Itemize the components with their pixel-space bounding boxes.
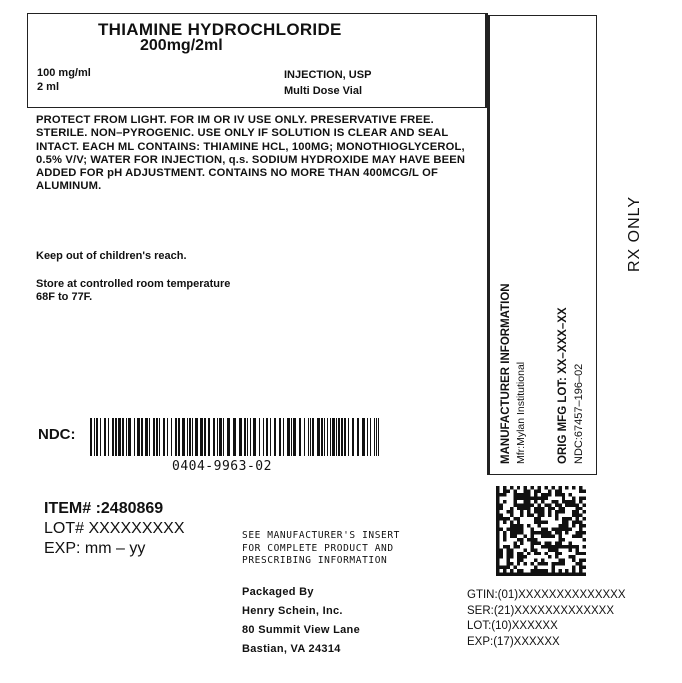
gtin: GTIN:(01)XXXXXXXXXXXXXX — [467, 588, 626, 604]
item-number: ITEM# :2480869 — [44, 500, 163, 518]
serial-number: SER:(21)XXXXXXXXXXXXX — [467, 604, 626, 620]
warnings-text: PROTECT FROM LIGHT. FOR IM OR IV USE ONL… — [36, 114, 476, 194]
dosage-form: INJECTION, USP — [284, 69, 371, 81]
product-header-box: THIAMINE HYDROCHLORIDE 200mg/2ml 100 mg/… — [27, 13, 488, 108]
manufacturer-panel: MANUFACTURER INFORMATION Mfr:Mylan Insti… — [487, 15, 597, 475]
packager-address-line2: Bastian, VA 24314 — [242, 640, 360, 659]
gs1-lot: LOT:(10)XXXXXX — [467, 619, 626, 635]
datamatrix-code — [496, 486, 586, 576]
storage-instructions: Store at controlled room temperature 68F… — [36, 278, 236, 304]
insert-note-line: SEE MANUFACTURER'S INSERT — [242, 530, 400, 543]
insert-note: SEE MANUFACTURER'S INSERT FOR COMPLETE P… — [242, 530, 400, 568]
packager-heading: Packaged By — [242, 583, 360, 602]
ndc-label: NDC: — [38, 426, 76, 443]
keep-out-of-reach: Keep out of children's reach. — [36, 250, 187, 262]
insert-note-line: PRESCRIBING INFORMATION — [242, 555, 400, 568]
packager-info: Packaged By Henry Schein, Inc. 80 Summit… — [242, 583, 360, 659]
manufacturer-name: Mfr:Mylan Institutional — [515, 362, 527, 464]
gs1-exp: EXP:(17)XXXXXX — [467, 635, 626, 651]
manufacturer-ndc: NDC:67457–196–02 — [573, 364, 585, 464]
original-lot: ORIG MFG LOT: XX–XXX–XX — [557, 307, 569, 464]
rx-only: RX ONLY — [626, 196, 644, 272]
packager-address-line1: 80 Summit View Lane — [242, 621, 360, 640]
packager-name: Henry Schein, Inc. — [242, 602, 360, 621]
expiration: EXP: mm – yy — [44, 540, 145, 558]
container-type: Multi Dose Vial — [284, 85, 362, 97]
lot-number: LOT# XXXXXXXXX — [44, 520, 185, 538]
manufacturer-title: MANUFACTURER INFORMATION — [500, 283, 512, 464]
concentration: 100 mg/ml — [37, 67, 91, 79]
barcode-number: 0404-9963-02 — [172, 459, 272, 474]
volume: 2 ml — [37, 81, 59, 93]
drug-strength: 200mg/2ml — [140, 37, 223, 55]
gs1-info: GTIN:(01)XXXXXXXXXXXXXX SER:(21)XXXXXXXX… — [467, 588, 626, 650]
insert-note-line: FOR COMPLETE PRODUCT AND — [242, 543, 400, 556]
ndc-barcode — [90, 418, 380, 456]
